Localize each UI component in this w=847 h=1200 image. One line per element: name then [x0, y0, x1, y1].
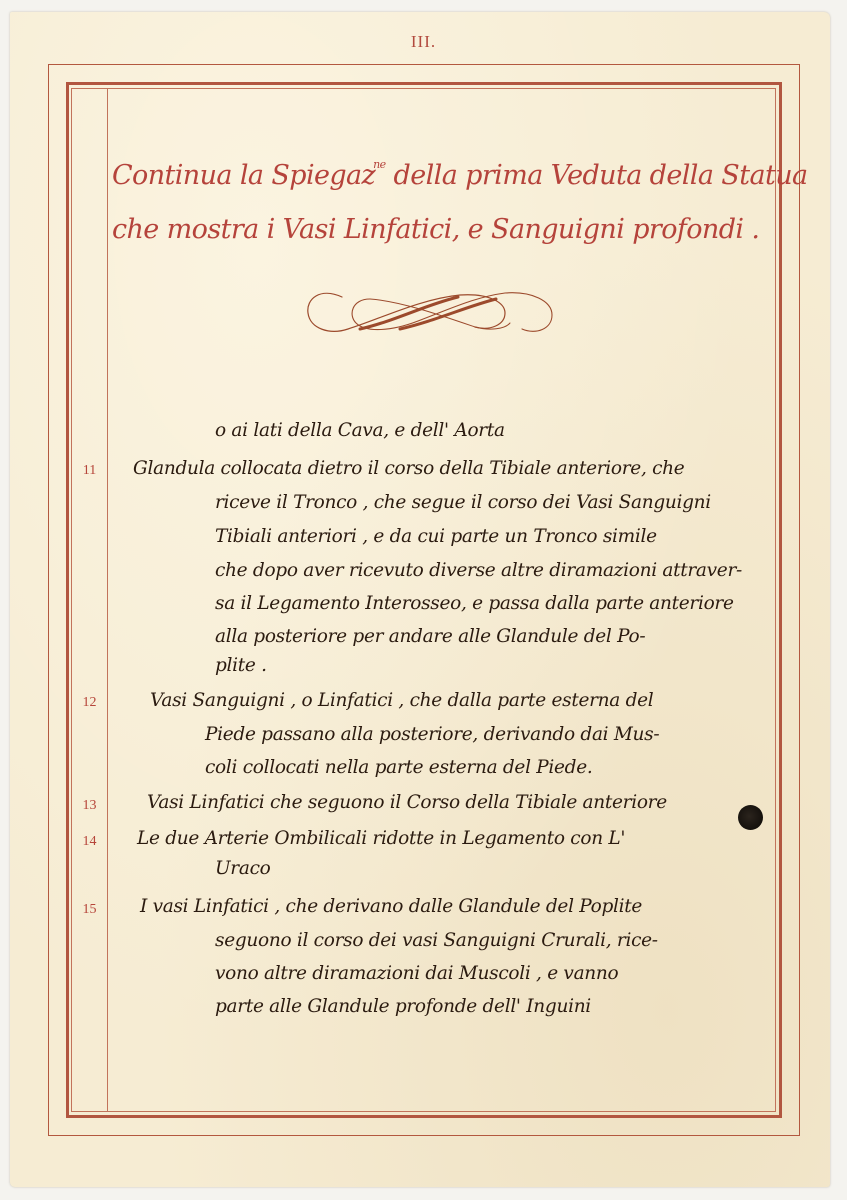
continuation-line: o ai lati della Cava, e dell' Aorta: [215, 420, 505, 441]
entry-15-line: seguono il corso dei vasi Sanguigni Crur…: [215, 930, 658, 951]
entry-15-line: vono altre diramazioni dai Muscoli , e v…: [215, 963, 618, 984]
entry-11-line: alla posteriore per andare alle Glandule…: [215, 626, 645, 647]
entry-15-line: parte alle Glandule profonde dell' Ingui…: [215, 996, 591, 1017]
title-abbreviation-superscript: ne: [373, 158, 385, 171]
entry-15-line: I vasi Linfatici , che derivano dalle Gl…: [140, 896, 642, 917]
title-line-1: Continua la Spiegazne della prima Veduta…: [112, 138, 772, 203]
ink-blot: [738, 805, 763, 830]
margin-column-rule: [107, 88, 108, 1112]
entry-13-line: Vasi Linfatici che seguono il Corso dell…: [147, 792, 667, 813]
entry-11-line: sa il Legamento Interosseo, e passa dall…: [215, 593, 734, 614]
flourish-ornament-icon: [300, 285, 560, 339]
entry-11-line: Glandula collocata dietro il corso della…: [133, 458, 684, 479]
entry-12-line: Piede passano alla posteriore, derivando…: [205, 724, 659, 745]
title-line-2: che mostra i Vasi Linfatici, e Sanguigni…: [112, 203, 772, 257]
entry-14-line: Le due Arterie Ombilicali ridotte in Leg…: [137, 828, 625, 849]
entry-number-15: 15: [72, 902, 107, 918]
entry-12-line: Vasi Sanguigni , o Linfatici , che dalla…: [150, 690, 653, 711]
page-title: Continua la Spiegazne della prima Veduta…: [112, 138, 772, 257]
title-line-1-start: Continua la Spiegaz: [112, 160, 375, 191]
entry-12-line: coli collocati nella parte esterna del P…: [205, 757, 592, 778]
entry-number-13: 13: [72, 798, 107, 814]
entry-number-11: 11: [72, 463, 107, 479]
entry-11-line: che dopo aver ricevuto diverse altre dir…: [215, 560, 742, 581]
entry-number-14: 14: [72, 834, 107, 850]
entry-11-line: plite .: [215, 655, 267, 676]
entry-number-12: 12: [72, 695, 107, 711]
entry-11-line: Tibiali anteriori , e da cui parte un Tr…: [215, 526, 657, 547]
page-number: III.: [0, 32, 847, 52]
title-line-1-end: della prima Veduta della Statua: [386, 160, 808, 191]
entry-11-line: riceve il Tronco , che segue il corso de…: [215, 492, 711, 513]
entry-14-line: Uraco: [215, 858, 270, 879]
